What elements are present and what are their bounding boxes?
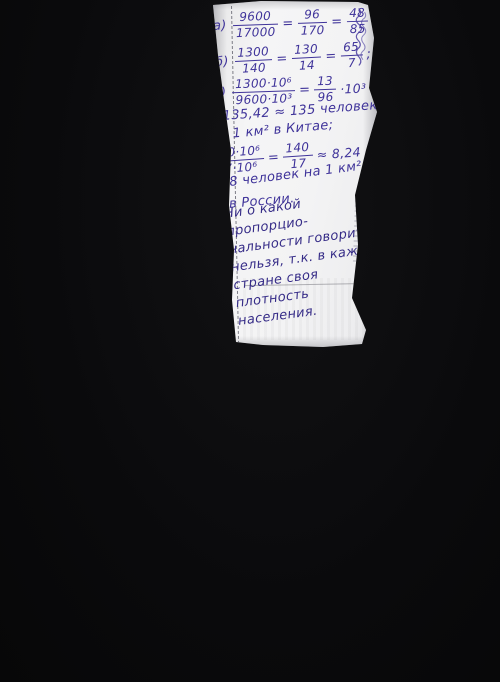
equation-b-label: б)	[215, 55, 229, 71]
equals-sign: =	[282, 16, 294, 31]
conclusion-paragraph: Ни о какой пропорцио- нальности говорить…	[223, 185, 396, 331]
equals-sign: =	[325, 49, 337, 65]
fraction: 130 14	[291, 43, 322, 74]
equals-sign: =	[331, 15, 343, 30]
scanned-page-background: а) 9600 17000 = 96 170 = 48 85 ; б) 1300…	[0, 0, 500, 682]
power-of-ten-tail: ·10³ ≈	[340, 80, 382, 96]
fraction-denominator: 14	[292, 58, 323, 74]
fraction-numerator: 96	[297, 8, 327, 24]
equation-a-label: а)	[213, 19, 227, 34]
fraction-denominator: 17000	[233, 25, 279, 41]
punctuation: ;	[372, 13, 377, 28]
fraction: 96 170	[297, 8, 328, 38]
fraction-denominator: 170	[298, 23, 328, 38]
fraction-numerator: 130	[291, 43, 322, 60]
fraction: 1300·10⁶ 9600·10³	[232, 76, 296, 108]
ink-bleed-marks	[353, 200, 360, 262]
fraction: 9600 17000	[232, 10, 279, 41]
equals-sign: =	[299, 83, 311, 98]
fraction-numerator: 9600	[232, 10, 278, 27]
equals-sign: =	[276, 51, 288, 67]
fraction: 1300 140	[234, 45, 273, 76]
fraction-numerator: 13	[314, 75, 336, 91]
fraction-denominator: 140	[235, 60, 273, 76]
equals-sign: =	[267, 150, 279, 166]
paper-strip: а) 9600 17000 = 96 170 = 48 85 ; б) 1300…	[203, 0, 379, 348]
equation-v-label: в)	[213, 86, 227, 101]
